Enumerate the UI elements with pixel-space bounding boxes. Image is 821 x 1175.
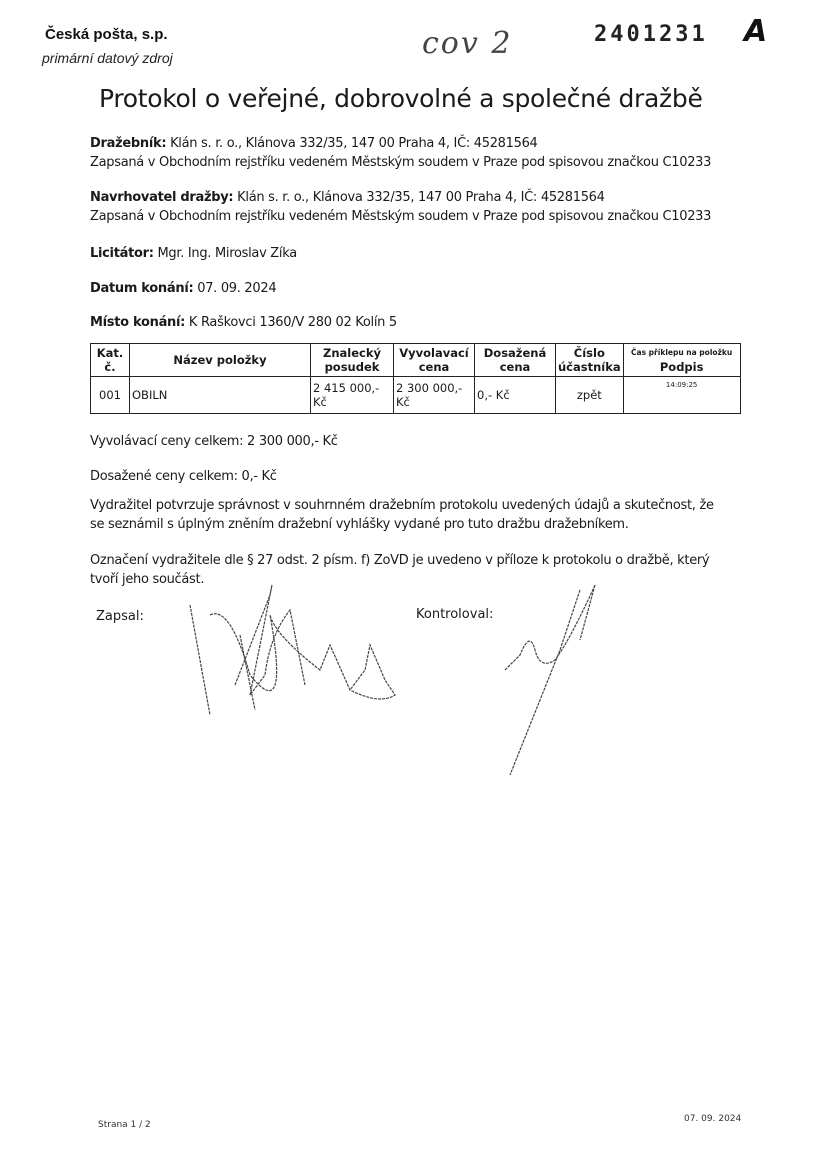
cell-signature: 14:09:25 <box>623 377 740 414</box>
items-table: Kat. č. Název položky Znaleckýposudek Vy… <box>90 343 741 414</box>
recorded-by-label: Zapsal: <box>96 609 144 624</box>
statement-confirmation: Vydražitel potvrzuje správnost v souhrnn… <box>90 496 730 534</box>
place-label: Místo konání: <box>90 315 185 330</box>
header-participant: Čísloúčastníka <box>556 344 624 377</box>
document-suffix: A <box>744 14 767 49</box>
total-starting: Vyvolávací ceny celkem: 2 300 000,- Kč <box>90 432 338 451</box>
header-name: Název položky <box>130 344 311 377</box>
date-value: 07. 09. 2024 <box>197 281 276 296</box>
cell-participant: zpět <box>556 377 624 414</box>
table-row: 001 OBILN 2 415 000,- Kč 2 300 000,- Kč … <box>91 377 741 414</box>
document-number: 2401231 <box>594 22 708 47</box>
licitator-value: Mgr. Ing. Miroslav Zíka <box>158 246 297 261</box>
licitator-label: Licitátor: <box>90 246 154 261</box>
header-starting-price: Vyvolavacícena <box>394 344 475 377</box>
header-signature: Čas příklepu na položkuPodpis <box>623 344 740 377</box>
hammer-time: 14:09:25 <box>626 381 738 389</box>
page-title: Protokol o veřejné, dobrovolné a společn… <box>99 84 703 113</box>
proposer-block: Navrhovatel dražby: Klán s. r. o., Kláno… <box>90 188 711 226</box>
cell-starting-price: 2 300 000,- Kč <box>394 377 475 414</box>
auctioneer-value: Klán s. r. o., Klánova 332/35, 147 00 Pr… <box>170 136 537 151</box>
issuer-name: Česká pošta, s.p. <box>45 26 168 43</box>
signature-checked-by <box>500 580 600 780</box>
proposer-label: Navrhovatel dražby: <box>90 190 233 205</box>
auctioneer-registration: Zapsaná v Obchodním rejstříku vedeném Mě… <box>90 153 711 172</box>
footer-date: 07. 09. 2024 <box>684 1114 741 1124</box>
issuer-subtitle: primární datový zdroj <box>42 50 173 66</box>
proposer-value: Klán s. r. o., Klánova 332/35, 147 00 Pr… <box>237 190 604 205</box>
licitator-line: Licitátor: Mgr. Ing. Miroslav Zíka <box>90 244 297 263</box>
date-line: Datum konání: 07. 09. 2024 <box>90 279 276 298</box>
cell-name: OBILN <box>130 377 311 414</box>
proposer-registration: Zapsaná v Obchodním rejstříku vedeném Mě… <box>90 207 711 226</box>
table-header-row: Kat. č. Název položky Znaleckýposudek Vy… <box>91 344 741 377</box>
signature-recorded-by <box>180 575 430 725</box>
cell-kat: 001 <box>91 377 130 414</box>
auctioneer-block: Dražebník: Klán s. r. o., Klánova 332/35… <box>90 134 711 172</box>
header-achieved-price: Dosaženácena <box>475 344 556 377</box>
date-label: Datum konání: <box>90 281 193 296</box>
header-appraisal: Znaleckýposudek <box>311 344 394 377</box>
header-kat: Kat. č. <box>91 344 130 377</box>
page-indicator: Strana 1 / 2 <box>98 1120 151 1130</box>
place-line: Místo konání: K Raškovci 1360/V 280 02 K… <box>90 313 397 332</box>
auctioneer-label: Dražebník: <box>90 136 166 151</box>
place-value: K Raškovci 1360/V 280 02 Kolín 5 <box>189 315 397 330</box>
total-achieved: Dosažené ceny celkem: 0,- Kč <box>90 467 277 486</box>
cell-achieved-price: 0,- Kč <box>475 377 556 414</box>
handwritten-code: cov 2 <box>422 26 512 61</box>
cell-appraisal: 2 415 000,- Kč <box>311 377 394 414</box>
